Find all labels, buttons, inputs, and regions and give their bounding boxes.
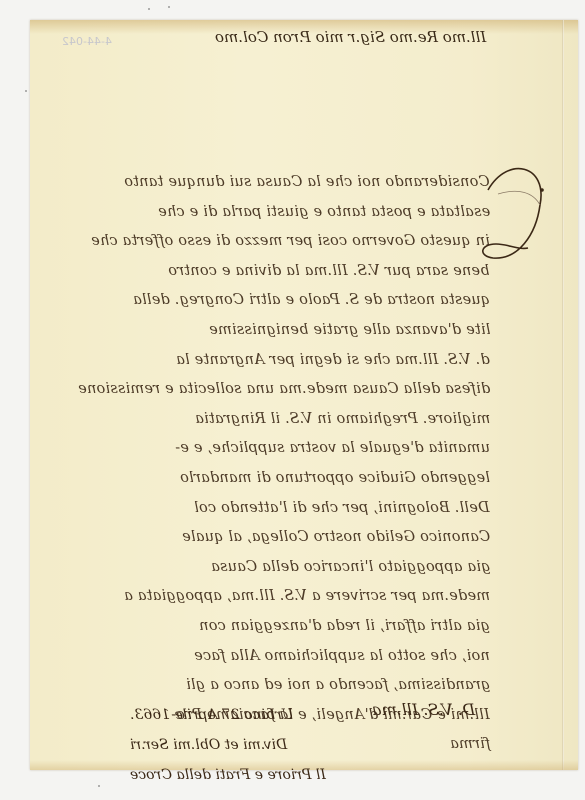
signature-line: Div.mi et Obl.mi Ser.ri <box>130 730 350 760</box>
body-line: Dell. Bolognini, per che di l'attendo co… <box>50 494 490 524</box>
body-line: difesa della Causa mede.ma una sollecita… <box>50 375 490 405</box>
dust-speck <box>98 785 100 787</box>
body-line: migliore. Preghiamo in V.S. il Ringratia <box>50 405 490 435</box>
letter-body: Considerando noi che la Causa sui dunque… <box>50 168 490 760</box>
body-line: noi, che sotto la supplichiamo Alla face <box>50 642 490 672</box>
heading-text: Ill.mo Re.mo Sig.r mio P.ron Col.mo <box>215 28 486 46</box>
body-line: grandissima, facendo a noi ed anco a gli <box>50 671 490 701</box>
salutation: D. V.S. Ill.ma <box>345 700 475 719</box>
dust-speck <box>148 8 150 10</box>
body-line: Considerando noi che la Causa sui dunque… <box>50 168 490 198</box>
dust-speck <box>25 90 27 92</box>
body-line: Canonico Gelido nostro Collega, al quale <box>50 523 490 553</box>
body-line: lite d'avanza alle gratie benignissime <box>50 316 490 346</box>
body-line: leggendo Giudice opportuno di mandarlo <box>50 464 490 494</box>
body-line: mede.ma per scrivere a V.S. Ill.ma, appo… <box>50 582 490 612</box>
body-line: umanita d'eguale la vostra suppliche, e … <box>50 434 490 464</box>
body-line: gia appoggiato l'incarico della Causa <box>50 553 490 583</box>
signatory-line: Il Priore e Frati della Croce <box>130 760 350 790</box>
body-line: questa nostra de S. Paolo e altri Congre… <box>50 286 490 316</box>
letter-heading: Ill.mo Re.mo Sig.r mio P.ron Col.mo <box>215 28 480 46</box>
body-line: bene sara pur V.S. Ill.ma la divina e co… <box>50 257 490 287</box>
body-line: esaltata e posta tanto e giusti parla di… <box>50 198 490 228</box>
body-line: in questo Governo cosi per mezzo di esso… <box>50 227 490 257</box>
dust-speck <box>168 6 170 8</box>
body-line: gia altri affari, il reda d'anzeggian co… <box>50 612 490 642</box>
signature-block: Urbino 27 Aprile 1663. Div.mi et Obl.mi … <box>130 700 350 790</box>
date-line: Urbino 27 Aprile 1663. <box>130 700 350 730</box>
fold-crease <box>562 20 564 770</box>
archive-number: 4-44-042 <box>62 35 112 48</box>
body-line: d. V.S. Ill.ma che si degni per Angrante… <box>50 346 490 376</box>
